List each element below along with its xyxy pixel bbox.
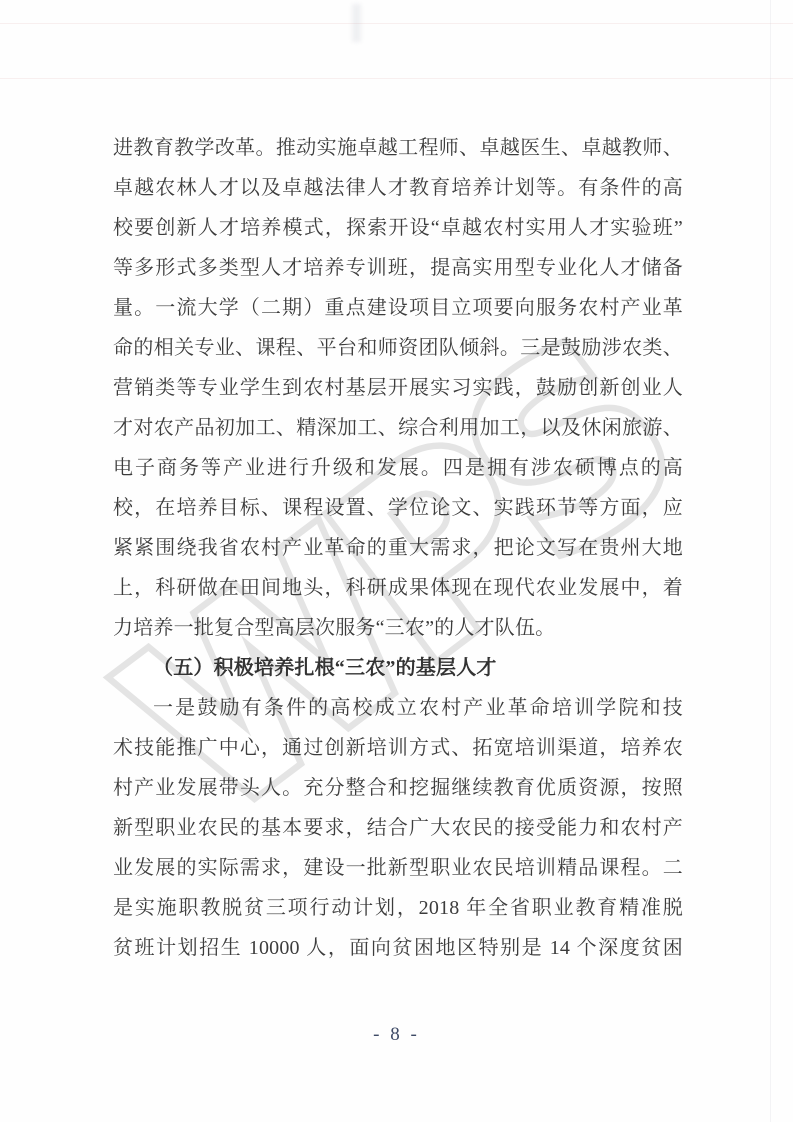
text-line: 卓越农林人才以及卓越法律人才教育培养计划等。有条件的高: [113, 168, 683, 208]
text-line: 新型职业农民的基本要求，结合广大农民的接受能力和农村产: [113, 808, 683, 848]
text-line: 电子商务等产业进行升级和发展。四是拥有涉农硕博点的高: [113, 448, 683, 488]
text-line: 紧紧围绕我省农村产业革命的重大需求，把论文写在贵州大地: [113, 528, 683, 568]
text-line: 业发展的实际需求，建设一批新型职业农民培训精品课程。二: [113, 848, 683, 888]
text-line: 贫班计划招生 10000 人，面向贫困地区特别是 14 个深度贫困: [113, 928, 683, 968]
document-text-block: 进教育教学改革。推动实施卓越工程师、卓越医生、卓越教师、卓越农林人才以及卓越法律…: [113, 128, 683, 968]
document-page: WPS 进教育教学改革。推动实施卓越工程师、卓越医生、卓越教师、卓越农林人才以及…: [0, 0, 793, 1122]
text-line: 营销类等专业学生到农村基层开展实习实践，鼓励创新创业人: [113, 368, 683, 408]
scan-artifact-line: [0, 23, 793, 24]
text-line: 进教育教学改革。推动实施卓越工程师、卓越医生、卓越教师、: [113, 128, 683, 168]
text-line: 一是鼓励有条件的高校成立农村产业革命培训学院和技: [113, 688, 683, 728]
text-line: 术技能推广中心，通过创新培训方式、拓宽培训渠道，培养农: [113, 728, 683, 768]
text-line: 等多形式多类型人才培养专训班，提高实用型专业化人才储备: [113, 248, 683, 288]
scan-artifact-smudge: [352, 4, 361, 42]
text-line: 量。一流大学（二期）重点建设项目立项要向服务农村产业革: [113, 288, 683, 328]
text-line: 上，科研做在田间地头，科研成果体现在现代农业发展中，着: [113, 568, 683, 608]
scan-artifact-line: [770, 0, 771, 1122]
text-line: 力培养一批复合型高层次服务“三农”的人才队伍。: [113, 608, 683, 648]
text-line: 是实施职教脱贫三项行动计划，2018 年全省职业教育精准脱: [113, 888, 683, 928]
text-line: 校，在培养目标、课程设置、学位论文、实践环节等方面，应: [113, 488, 683, 528]
text-line: 命的相关专业、课程、平台和师资团队倾斜。三是鼓励涉农类、: [113, 328, 683, 368]
section-heading: （五）积极培养扎根“三农”的基层人才: [113, 648, 683, 688]
page-number: - 8 -: [0, 1024, 793, 1046]
text-line: 村产业发展带头人。充分整合和挖掘继续教育优质资源，按照: [113, 768, 683, 808]
text-line: 校要创新人才培养模式，探索开设“卓越农村实用人才实验班”: [113, 208, 683, 248]
scan-artifact-line: [0, 78, 793, 79]
text-line: 才对农产品初加工、精深加工、综合利用加工，以及休闲旅游、: [113, 408, 683, 448]
